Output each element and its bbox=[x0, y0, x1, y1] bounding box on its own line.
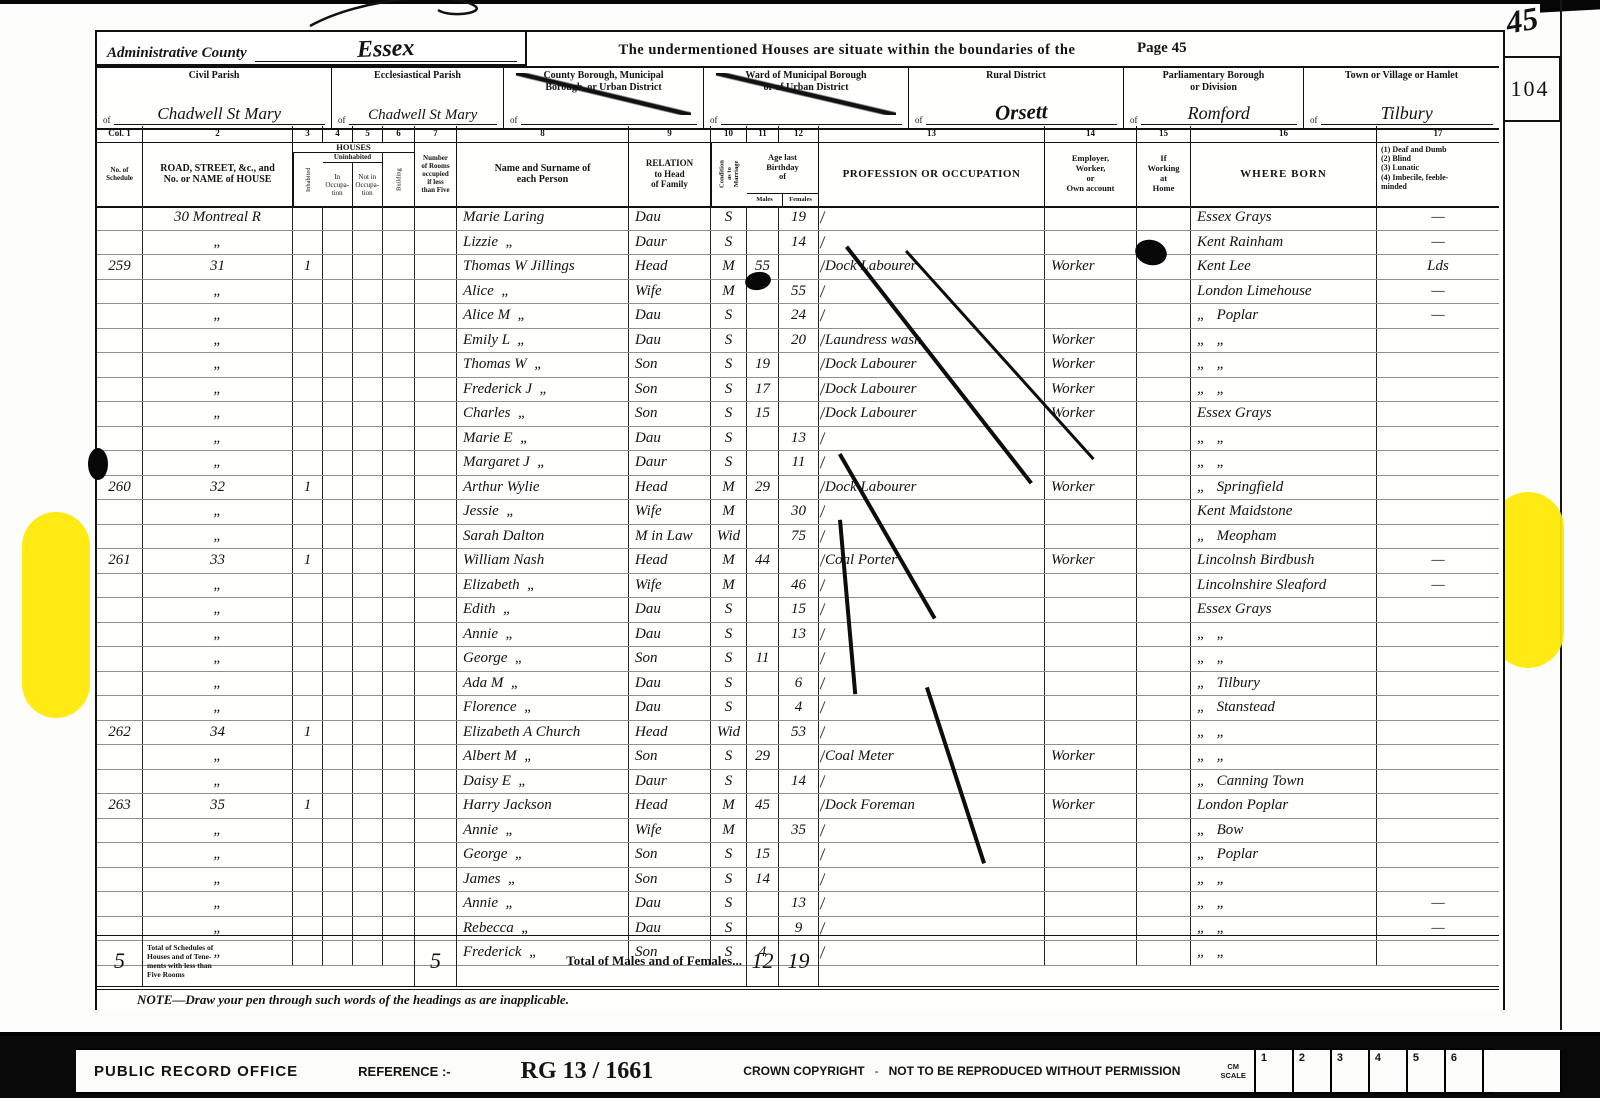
field-of: of bbox=[338, 115, 346, 125]
cell-cond: S bbox=[711, 623, 747, 647]
cell-emp bbox=[1045, 598, 1137, 622]
cell-road: „ bbox=[143, 427, 293, 451]
scan-edge-corner bbox=[1540, 0, 1600, 13]
col-num: 15 bbox=[1137, 126, 1191, 142]
cell-bld bbox=[383, 231, 415, 255]
cell-sch bbox=[97, 231, 143, 255]
cell-rel: Son bbox=[629, 843, 711, 867]
scale-cell: 4 bbox=[1368, 1050, 1406, 1092]
cell-u2 bbox=[353, 549, 383, 573]
cell-bld bbox=[383, 451, 415, 475]
cell-sch bbox=[97, 843, 143, 867]
cell-born: „ „ bbox=[1191, 623, 1377, 647]
cell-u1 bbox=[323, 892, 353, 916]
cell-inf bbox=[1377, 647, 1499, 671]
cell-ageF: 35 bbox=[779, 819, 819, 843]
cell-born: „ Stanstead bbox=[1191, 696, 1377, 720]
col-num: 9 bbox=[629, 126, 711, 142]
header-uninhabited: Uninhabited bbox=[323, 153, 382, 163]
cell-born: Kent Lee bbox=[1191, 255, 1377, 279]
field-rural-district: Rural District of Orsett bbox=[909, 68, 1124, 128]
cell-rooms bbox=[415, 647, 457, 671]
column-number-row: Col. 1 2 3 4 5 6 7 8 9 10 11 12 13 14 15… bbox=[97, 126, 1499, 143]
cell-u1 bbox=[323, 672, 353, 696]
cell-name: Elizabeth „ bbox=[457, 574, 629, 598]
header-houses-group: HOUSES Inhabited Uninhabited In Occupa- … bbox=[293, 142, 415, 206]
header-relation: RELATION to Head of Family bbox=[629, 142, 711, 206]
cell-ageM: 45 bbox=[747, 794, 779, 818]
cell-inh: 1 bbox=[293, 794, 323, 818]
cell-inf bbox=[1377, 721, 1499, 745]
cell-emp bbox=[1045, 525, 1137, 549]
cell-ageF: 15 bbox=[779, 598, 819, 622]
cell-ageF: 13 bbox=[779, 623, 819, 647]
field-label: Ward of Municipal Borough or of Urban Di… bbox=[710, 70, 902, 93]
cell-rel: Son bbox=[629, 353, 711, 377]
cell-rooms bbox=[415, 549, 457, 573]
cell-rel: Daur bbox=[629, 451, 711, 475]
cell-u1 bbox=[323, 329, 353, 353]
header-at-home: If Working at Home bbox=[1137, 142, 1191, 206]
cell-road: „ bbox=[143, 843, 293, 867]
cell-bld bbox=[383, 500, 415, 524]
cell-name: Annie „ bbox=[457, 623, 629, 647]
cell-road: „ bbox=[143, 402, 293, 426]
cell-u2 bbox=[353, 353, 383, 377]
cell-u2 bbox=[353, 819, 383, 843]
field-value: Chadwell St Mary bbox=[157, 104, 281, 123]
cell-rel: Son bbox=[629, 402, 711, 426]
header-age-females: Females bbox=[783, 194, 818, 206]
cell-inf: — bbox=[1377, 892, 1499, 916]
cell-cond: S bbox=[711, 696, 747, 720]
table-row: „Emily L „DauS20Laundress washWorker„ „ bbox=[97, 329, 1499, 354]
field-label: Parliamentary Borough or Division bbox=[1130, 70, 1297, 93]
cell-rel: M in Law bbox=[629, 525, 711, 549]
cell-bld bbox=[383, 672, 415, 696]
header-road: ROAD, STREET, &c., and No. or NAME of HO… bbox=[143, 142, 293, 206]
cell-cond: M bbox=[711, 280, 747, 304]
table-row: „James „SonS14„ „ bbox=[97, 868, 1499, 893]
cell-cond: S bbox=[711, 745, 747, 769]
cell-cond: S bbox=[711, 672, 747, 696]
table-row: „Daisy E „DaurS14„ Canning Town bbox=[97, 770, 1499, 795]
table-row: 263351Harry JacksonHeadM45Dock ForemanWo… bbox=[97, 794, 1499, 819]
cell-home bbox=[1137, 770, 1191, 794]
cell-name: Edith „ bbox=[457, 598, 629, 622]
table-row: „Margaret J „DaurS11„ „ bbox=[97, 451, 1499, 476]
cell-ageF bbox=[779, 745, 819, 769]
cell-occ bbox=[819, 892, 1045, 916]
cell-bld bbox=[383, 598, 415, 622]
cell-road: „ bbox=[143, 770, 293, 794]
cell-ageF: 24 bbox=[779, 304, 819, 328]
cell-rooms bbox=[415, 672, 457, 696]
cell-cond: S bbox=[711, 206, 747, 230]
corner-handwritten-number: 45 bbox=[1503, 1, 1540, 38]
table-row: „Ada M „DauS6„ Tilbury bbox=[97, 672, 1499, 697]
cell-rel: Son bbox=[629, 647, 711, 671]
cell-name: Frederick J „ bbox=[457, 378, 629, 402]
cell-rooms bbox=[415, 280, 457, 304]
cell-u1 bbox=[323, 206, 353, 230]
cell-rel: Wife bbox=[629, 574, 711, 598]
cell-road: „ bbox=[143, 378, 293, 402]
cell-name: Annie „ bbox=[457, 819, 629, 843]
header-building: Building bbox=[383, 153, 415, 206]
cell-rooms bbox=[415, 598, 457, 622]
cell-inf bbox=[1377, 623, 1499, 647]
cell-cond: S bbox=[711, 451, 747, 475]
cell-name: George „ bbox=[457, 647, 629, 671]
cell-emp: Worker bbox=[1045, 329, 1137, 353]
cell-sch bbox=[97, 745, 143, 769]
header-age: Age last Birthday of bbox=[747, 142, 818, 193]
cell-u1 bbox=[323, 378, 353, 402]
cell-u2 bbox=[353, 745, 383, 769]
cell-sch: 259 bbox=[97, 255, 143, 279]
cell-inh bbox=[293, 304, 323, 328]
cell-sch: 261 bbox=[97, 549, 143, 573]
cell-emp: Worker bbox=[1045, 549, 1137, 573]
cell-occ bbox=[819, 721, 1045, 745]
cell-u2 bbox=[353, 647, 383, 671]
cell-inh bbox=[293, 745, 323, 769]
administrative-county-value: Essex bbox=[357, 36, 415, 62]
cell-ageF: 20 bbox=[779, 329, 819, 353]
cell-inh bbox=[293, 451, 323, 475]
cell-emp bbox=[1045, 500, 1137, 524]
cell-born: London Limehouse bbox=[1191, 280, 1377, 304]
cell-emp: Worker bbox=[1045, 745, 1137, 769]
field-value: Tilbury bbox=[1381, 103, 1433, 123]
cell-u2 bbox=[353, 451, 383, 475]
cell-ageF bbox=[779, 794, 819, 818]
header-infirmity: (1) Deaf and Dumb (2) Blind (3) Lunatic … bbox=[1377, 142, 1499, 206]
ink-blot bbox=[88, 448, 108, 480]
cell-inh bbox=[293, 427, 323, 451]
stamp-number: 104 bbox=[1511, 76, 1550, 102]
cell-home bbox=[1137, 843, 1191, 867]
field-county-borough: County Borough, Municipal Borough, or Ur… bbox=[504, 68, 704, 128]
cell-ageF bbox=[779, 353, 819, 377]
cell-u2 bbox=[353, 770, 383, 794]
cell-ageM: 15 bbox=[747, 843, 779, 867]
cell-name: Thomas W „ bbox=[457, 353, 629, 377]
cell-road: „ bbox=[143, 745, 293, 769]
cell-inf bbox=[1377, 476, 1499, 500]
table-row: 262341Elizabeth A ChurchHeadWid53„ „ bbox=[97, 721, 1499, 746]
cell-home bbox=[1137, 794, 1191, 818]
totals-houses-value: 5 bbox=[415, 936, 457, 986]
cell-u2 bbox=[353, 427, 383, 451]
cell-inh bbox=[293, 647, 323, 671]
cell-u2 bbox=[353, 329, 383, 353]
cell-rel: Dau bbox=[629, 206, 711, 230]
cell-occ bbox=[819, 500, 1045, 524]
cell-rel: Dau bbox=[629, 427, 711, 451]
cell-u2 bbox=[353, 623, 383, 647]
cell-born: London Poplar bbox=[1191, 794, 1377, 818]
cell-rel: Dau bbox=[629, 329, 711, 353]
footer-office: PUBLIC RECORD OFFICE bbox=[94, 1063, 298, 1080]
cell-emp bbox=[1045, 696, 1137, 720]
cell-home bbox=[1137, 868, 1191, 892]
footer-strip: PUBLIC RECORD OFFICE REFERENCE :- RG 13 … bbox=[76, 1048, 1494, 1094]
cell-ageM bbox=[747, 598, 779, 622]
cell-rooms bbox=[415, 892, 457, 916]
cell-sch bbox=[97, 623, 143, 647]
col-num: 13 bbox=[819, 126, 1045, 142]
cell-road: 35 bbox=[143, 794, 293, 818]
census-form: Administrative County Essex The undermen… bbox=[95, 30, 1505, 1010]
cell-born: „ Poplar bbox=[1191, 843, 1377, 867]
cell-road: 32 bbox=[143, 476, 293, 500]
cell-occ bbox=[819, 304, 1045, 328]
cell-u1 bbox=[323, 231, 353, 255]
cell-sch bbox=[97, 304, 143, 328]
cell-bld bbox=[383, 819, 415, 843]
cell-emp bbox=[1045, 868, 1137, 892]
cell-home bbox=[1137, 329, 1191, 353]
cell-ageF: 46 bbox=[779, 574, 819, 598]
cell-born: „ „ bbox=[1191, 451, 1377, 475]
col-num: 14 bbox=[1045, 126, 1137, 142]
cell-rel: Dau bbox=[629, 892, 711, 916]
header-employer: Employer, Worker, or Own account bbox=[1045, 142, 1137, 206]
cell-u2 bbox=[353, 892, 383, 916]
cell-u1 bbox=[323, 451, 353, 475]
table-row: „Alice M „DauS24„ Poplar— bbox=[97, 304, 1499, 329]
cell-cond: S bbox=[711, 868, 747, 892]
cell-emp bbox=[1045, 892, 1137, 916]
field-label: County Borough, Municipal Borough, or Ur… bbox=[510, 70, 697, 93]
cell-u2 bbox=[353, 696, 383, 720]
cell-rooms bbox=[415, 476, 457, 500]
cell-home bbox=[1137, 623, 1191, 647]
scale-cell: 3 bbox=[1330, 1050, 1368, 1092]
cell-rooms bbox=[415, 500, 457, 524]
cell-rel: Dau bbox=[629, 304, 711, 328]
field-town-village: Town or Village or Hamlet of Tilbury bbox=[1304, 68, 1499, 128]
cell-rooms bbox=[415, 745, 457, 769]
cell-u2 bbox=[353, 378, 383, 402]
cell-ageM bbox=[747, 525, 779, 549]
cell-home bbox=[1137, 525, 1191, 549]
cell-sch bbox=[97, 574, 143, 598]
col-num: 5 bbox=[353, 126, 383, 142]
cell-inf bbox=[1377, 427, 1499, 451]
cell-ageM bbox=[747, 329, 779, 353]
cell-sch bbox=[97, 696, 143, 720]
col-num: 2 bbox=[143, 126, 293, 142]
cell-rooms bbox=[415, 353, 457, 377]
cell-home bbox=[1137, 476, 1191, 500]
cell-road: „ bbox=[143, 329, 293, 353]
cell-inh bbox=[293, 402, 323, 426]
cell-home bbox=[1137, 574, 1191, 598]
cell-bld bbox=[383, 206, 415, 230]
field-of: of bbox=[710, 115, 718, 125]
cell-home bbox=[1137, 427, 1191, 451]
totals-schedules-label: Total of Schedules of Houses and of Tene… bbox=[143, 936, 415, 986]
cell-name: Margaret J „ bbox=[457, 451, 629, 475]
cell-born: „ Tilbury bbox=[1191, 672, 1377, 696]
header-rooms: Number of Rooms occupied if less than Fi… bbox=[415, 142, 457, 206]
table-row: „Florence „DauS4„ Stanstead bbox=[97, 696, 1499, 721]
cell-emp: Worker bbox=[1045, 476, 1137, 500]
cell-u2 bbox=[353, 843, 383, 867]
scale-cell: 2 bbox=[1292, 1050, 1330, 1092]
cell-name: Emily L „ bbox=[457, 329, 629, 353]
cell-bld bbox=[383, 770, 415, 794]
cell-rel: Wife bbox=[629, 500, 711, 524]
header-not-in-occupation: Not in Occupa- tion bbox=[353, 163, 382, 206]
table-row: 260321Arthur WylieHeadM29Dock LabourerWo… bbox=[97, 476, 1499, 501]
cell-road: „ bbox=[143, 623, 293, 647]
cell-u2 bbox=[353, 280, 383, 304]
cell-inf: — bbox=[1377, 280, 1499, 304]
highlighter-mark-left bbox=[22, 512, 90, 718]
cell-road: „ bbox=[143, 500, 293, 524]
cell-occ: Laundress wash bbox=[819, 329, 1045, 353]
field-of: of bbox=[103, 115, 111, 125]
col-num: 3 bbox=[293, 126, 323, 142]
cell-sch bbox=[97, 770, 143, 794]
header-in-occupation: In Occupa- tion bbox=[323, 163, 353, 206]
cell-name: Ada M „ bbox=[457, 672, 629, 696]
field-of: of bbox=[510, 115, 518, 125]
cell-bld bbox=[383, 402, 415, 426]
cell-cond: Wid bbox=[711, 721, 747, 745]
cell-ageF: 13 bbox=[779, 892, 819, 916]
cell-rooms bbox=[415, 794, 457, 818]
cell-home bbox=[1137, 598, 1191, 622]
cell-rel: Daur bbox=[629, 231, 711, 255]
cell-name: Alice M „ bbox=[457, 304, 629, 328]
cell-road: „ bbox=[143, 647, 293, 671]
totals-empty bbox=[819, 936, 1499, 986]
table-row: 261331William NashHeadM44Coal PorterWork… bbox=[97, 549, 1499, 574]
cell-born: „ „ bbox=[1191, 647, 1377, 671]
footer-bar: PUBLIC RECORD OFFICE REFERENCE :- RG 13 … bbox=[0, 1032, 1600, 1098]
cell-home bbox=[1137, 353, 1191, 377]
cell-inf: — bbox=[1377, 304, 1499, 328]
header-condition: Condition as to Marriage bbox=[711, 142, 747, 206]
cell-inh bbox=[293, 598, 323, 622]
cell-u1 bbox=[323, 280, 353, 304]
cell-ageF bbox=[779, 378, 819, 402]
cell-ageF bbox=[779, 255, 819, 279]
cell-born: Essex Grays bbox=[1191, 598, 1377, 622]
page-number-label: Page 45 bbox=[1137, 40, 1187, 57]
cell-ageM: 19 bbox=[747, 353, 779, 377]
table-row: „Annie „WifeM35„ Bow bbox=[97, 819, 1499, 844]
cell-ageM bbox=[747, 427, 779, 451]
cell-ageF bbox=[779, 843, 819, 867]
col-num: 10 bbox=[711, 126, 747, 142]
cell-road: „ bbox=[143, 672, 293, 696]
cell-rel: Son bbox=[629, 378, 711, 402]
footer-separator: - bbox=[875, 1064, 879, 1078]
cell-road: 30 Montreal R bbox=[143, 206, 293, 230]
footer-reference-label: REFERENCE :- bbox=[358, 1064, 450, 1079]
cell-rooms bbox=[415, 721, 457, 745]
cell-sch bbox=[97, 892, 143, 916]
cell-bld bbox=[383, 378, 415, 402]
cell-rooms bbox=[415, 329, 457, 353]
footer-reference: RG 13 / 1661 bbox=[521, 1058, 654, 1085]
cell-name: Jessie „ bbox=[457, 500, 629, 524]
cell-u1 bbox=[323, 721, 353, 745]
cell-inf bbox=[1377, 378, 1499, 402]
cell-sch bbox=[97, 329, 143, 353]
cell-inf bbox=[1377, 329, 1499, 353]
header-fields-row: Civil Parish of Chadwell St Mary Ecclesi… bbox=[97, 66, 1499, 130]
field-label: Ecclesiastical Parish bbox=[338, 70, 497, 82]
cell-u1 bbox=[323, 623, 353, 647]
cell-rooms bbox=[415, 402, 457, 426]
cell-inf bbox=[1377, 819, 1499, 843]
cell-occ: Dock Foreman bbox=[819, 794, 1045, 818]
cell-inf: — bbox=[1377, 231, 1499, 255]
cell-rel: Head bbox=[629, 549, 711, 573]
cell-born: Essex Grays bbox=[1191, 206, 1377, 230]
table-row: 30 Montreal RMarie LaringDauS19Essex Gra… bbox=[97, 206, 1499, 231]
cell-road: „ bbox=[143, 868, 293, 892]
cell-emp: Worker bbox=[1045, 378, 1137, 402]
cell-rooms bbox=[415, 770, 457, 794]
header-name: Name and Surname of each Person bbox=[457, 142, 629, 206]
cell-bld bbox=[383, 843, 415, 867]
cell-born: „ „ bbox=[1191, 329, 1377, 353]
cell-rooms bbox=[415, 574, 457, 598]
cell-emp bbox=[1045, 623, 1137, 647]
cell-name: Marie Laring bbox=[457, 206, 629, 230]
cell-u2 bbox=[353, 402, 383, 426]
cell-inf bbox=[1377, 500, 1499, 524]
cell-ageM: 29 bbox=[747, 476, 779, 500]
cell-sch bbox=[97, 353, 143, 377]
cell-cond: S bbox=[711, 378, 747, 402]
cell-road: „ bbox=[143, 304, 293, 328]
cell-bld bbox=[383, 255, 415, 279]
cell-ageF: 4 bbox=[779, 696, 819, 720]
header-schedule: No. of Schedule bbox=[97, 142, 143, 206]
cell-name: Florence „ bbox=[457, 696, 629, 720]
cell-u1 bbox=[323, 304, 353, 328]
table-row: „Lizzie „DaurS14Kent Rainham— bbox=[97, 231, 1499, 256]
cell-road: „ bbox=[143, 574, 293, 598]
table-row: „Marie E „DauS13„ „ bbox=[97, 427, 1499, 452]
cell-u2 bbox=[353, 476, 383, 500]
cell-rel: Dau bbox=[629, 598, 711, 622]
cell-name: Daisy E „ bbox=[457, 770, 629, 794]
cell-inh: 1 bbox=[293, 476, 323, 500]
cell-ageF: 6 bbox=[779, 672, 819, 696]
cell-inf bbox=[1377, 770, 1499, 794]
cell-inf bbox=[1377, 598, 1499, 622]
cell-name: Albert M „ bbox=[457, 745, 629, 769]
cell-rel: Head bbox=[629, 794, 711, 818]
field-of: of bbox=[915, 115, 923, 125]
table-row: „Sarah DaltonM in LawWid75„ Meopham bbox=[97, 525, 1499, 550]
cell-born: Essex Grays bbox=[1191, 402, 1377, 426]
cell-home bbox=[1137, 672, 1191, 696]
cell-bld bbox=[383, 476, 415, 500]
cell-road: „ bbox=[143, 451, 293, 475]
cell-bld bbox=[383, 892, 415, 916]
